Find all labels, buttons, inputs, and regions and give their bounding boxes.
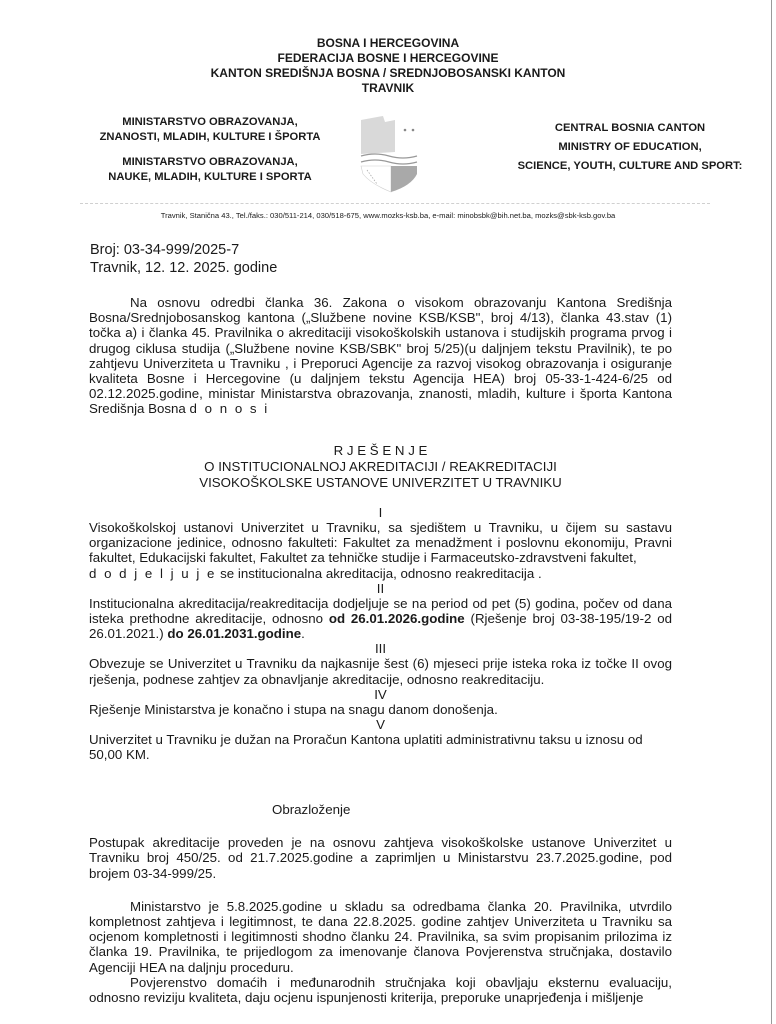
ministry-line: MINISTARSTVO OBRAZOVANJA,	[70, 155, 350, 170]
section-numeral: III	[89, 641, 672, 656]
section-2-text-c: .	[301, 626, 305, 641]
page-edge	[771, 0, 772, 1024]
ministry-name-english: CENTRAL BOSNIA CANTON MINISTRY OF EDUCAT…	[500, 119, 760, 176]
city-name: TRAVNIK	[0, 81, 776, 96]
decision-subtitle-1: O INSTITUCIONALNOJ AKREDITACIJI / REAKRE…	[89, 459, 672, 475]
section-2-text: Institucionalna akreditacija/reakreditac…	[89, 596, 672, 642]
decision-subtitle-2: VISOKOŠKOLSKE USTANOVE UNIVERZITET U TRA…	[89, 475, 672, 491]
section-numeral: IV	[89, 687, 672, 702]
section-3-text: Obvezuje se Univerzitet u Travniku da na…	[89, 656, 672, 686]
ministry-line: CENTRAL BOSNIA CANTON	[500, 119, 760, 138]
decision-sections: I Visokoškolskoj ustanovi Univerzitet u …	[89, 505, 672, 762]
document-reference: Broj: 03-34-999/2025-7 Travnik, 12. 12. …	[90, 241, 277, 277]
preamble-verb: d o n o s i	[190, 401, 270, 416]
ministry-name-local: MINISTARSTVO OBRAZOVANJA, ZNANOSTI, MLAD…	[70, 115, 350, 185]
document-number: Broj: 03-34-999/2025-7	[90, 241, 277, 259]
explanation-paragraph-3: Povjerenstvo domaćih i međunarodnih stru…	[89, 975, 672, 1005]
section-numeral: V	[89, 717, 672, 732]
ministry-line: MINISTARSTVO OBRAZOVANJA,	[70, 115, 350, 130]
decision-heading: R J E Š E N J E	[89, 443, 672, 459]
explanation: Obrazloženje Postupak akreditacije prove…	[89, 802, 672, 1005]
ministry-name-croatian: MINISTARSTVO OBRAZOVANJA, ZNANOSTI, MLAD…	[70, 115, 350, 145]
accreditation-start-date: od 26.01.2026.godine	[329, 611, 465, 626]
canton-coat-of-arms-icon	[355, 112, 425, 194]
ministry-line: ZNANOSTI, MLADIH, KULTURE I ŠPORTA	[70, 130, 350, 145]
preamble-text: Na osnovu odredbi članka 36. Zakona o vi…	[89, 295, 672, 416]
section-4-text: Rješenje Ministarstva je konačno i stupa…	[89, 702, 672, 717]
explanation-heading: Obrazloženje	[89, 802, 672, 817]
canton-name: KANTON SREDIŠNJA BOSNA / SREDNJOBOSANSKI…	[0, 66, 776, 81]
section-1-text: Visokoškolskoj ustanovi Univerzitet u Tr…	[89, 520, 672, 566]
section-5-text: Univerzitet u Travniku je dužan na Prora…	[89, 732, 672, 762]
federation-name: FEDERACIJA BOSNE I HERCEGOVINE	[0, 51, 776, 66]
explanation-paragraph-1: Postupak akreditacije proveden je na osn…	[89, 835, 672, 881]
section-1-verb: d o d j e l j u j e	[89, 566, 216, 581]
section-numeral: II	[89, 581, 672, 596]
accreditation-end-date: do 26.01.2031.godine	[167, 626, 301, 641]
explanation-paragraph-2: Ministarstvo je 5.8.2025.godine u skladu…	[89, 899, 672, 975]
document-place-date: Travnik, 12. 12. 2025. godine	[90, 259, 277, 277]
decision-title: R J E Š E N J E O INSTITUCIONALNOJ AKRED…	[89, 443, 672, 491]
section-1-verb-line: d o d j e l j u j e se institucionalna a…	[89, 566, 672, 581]
country-name: BOSNA I HERCEGOVINA	[0, 36, 776, 51]
letterhead-divider	[80, 203, 710, 204]
section-numeral: I	[89, 505, 672, 520]
ministry-line: NAUKE, MLADIH, KULTURE I SPORTA	[70, 170, 350, 185]
section-1-verb-rest: se institucionalna akreditacija, odnosno…	[216, 566, 541, 581]
contact-info: Travnik, Stanična 43., Tel./faks.: 030/5…	[0, 211, 776, 221]
ministry-line: SCIENCE, YOUTH, CULTURE AND SPORT:	[500, 157, 760, 176]
preamble: Na osnovu odredbi članka 36. Zakona o vi…	[89, 295, 672, 417]
ministry-line: MINISTRY OF EDUCATION,	[500, 138, 760, 157]
letterhead-title: BOSNA I HERCEGOVINA FEDERACIJA BOSNE I H…	[0, 36, 776, 96]
ministry-name-bosnian: MINISTARSTVO OBRAZOVANJA, NAUKE, MLADIH,…	[70, 155, 350, 185]
